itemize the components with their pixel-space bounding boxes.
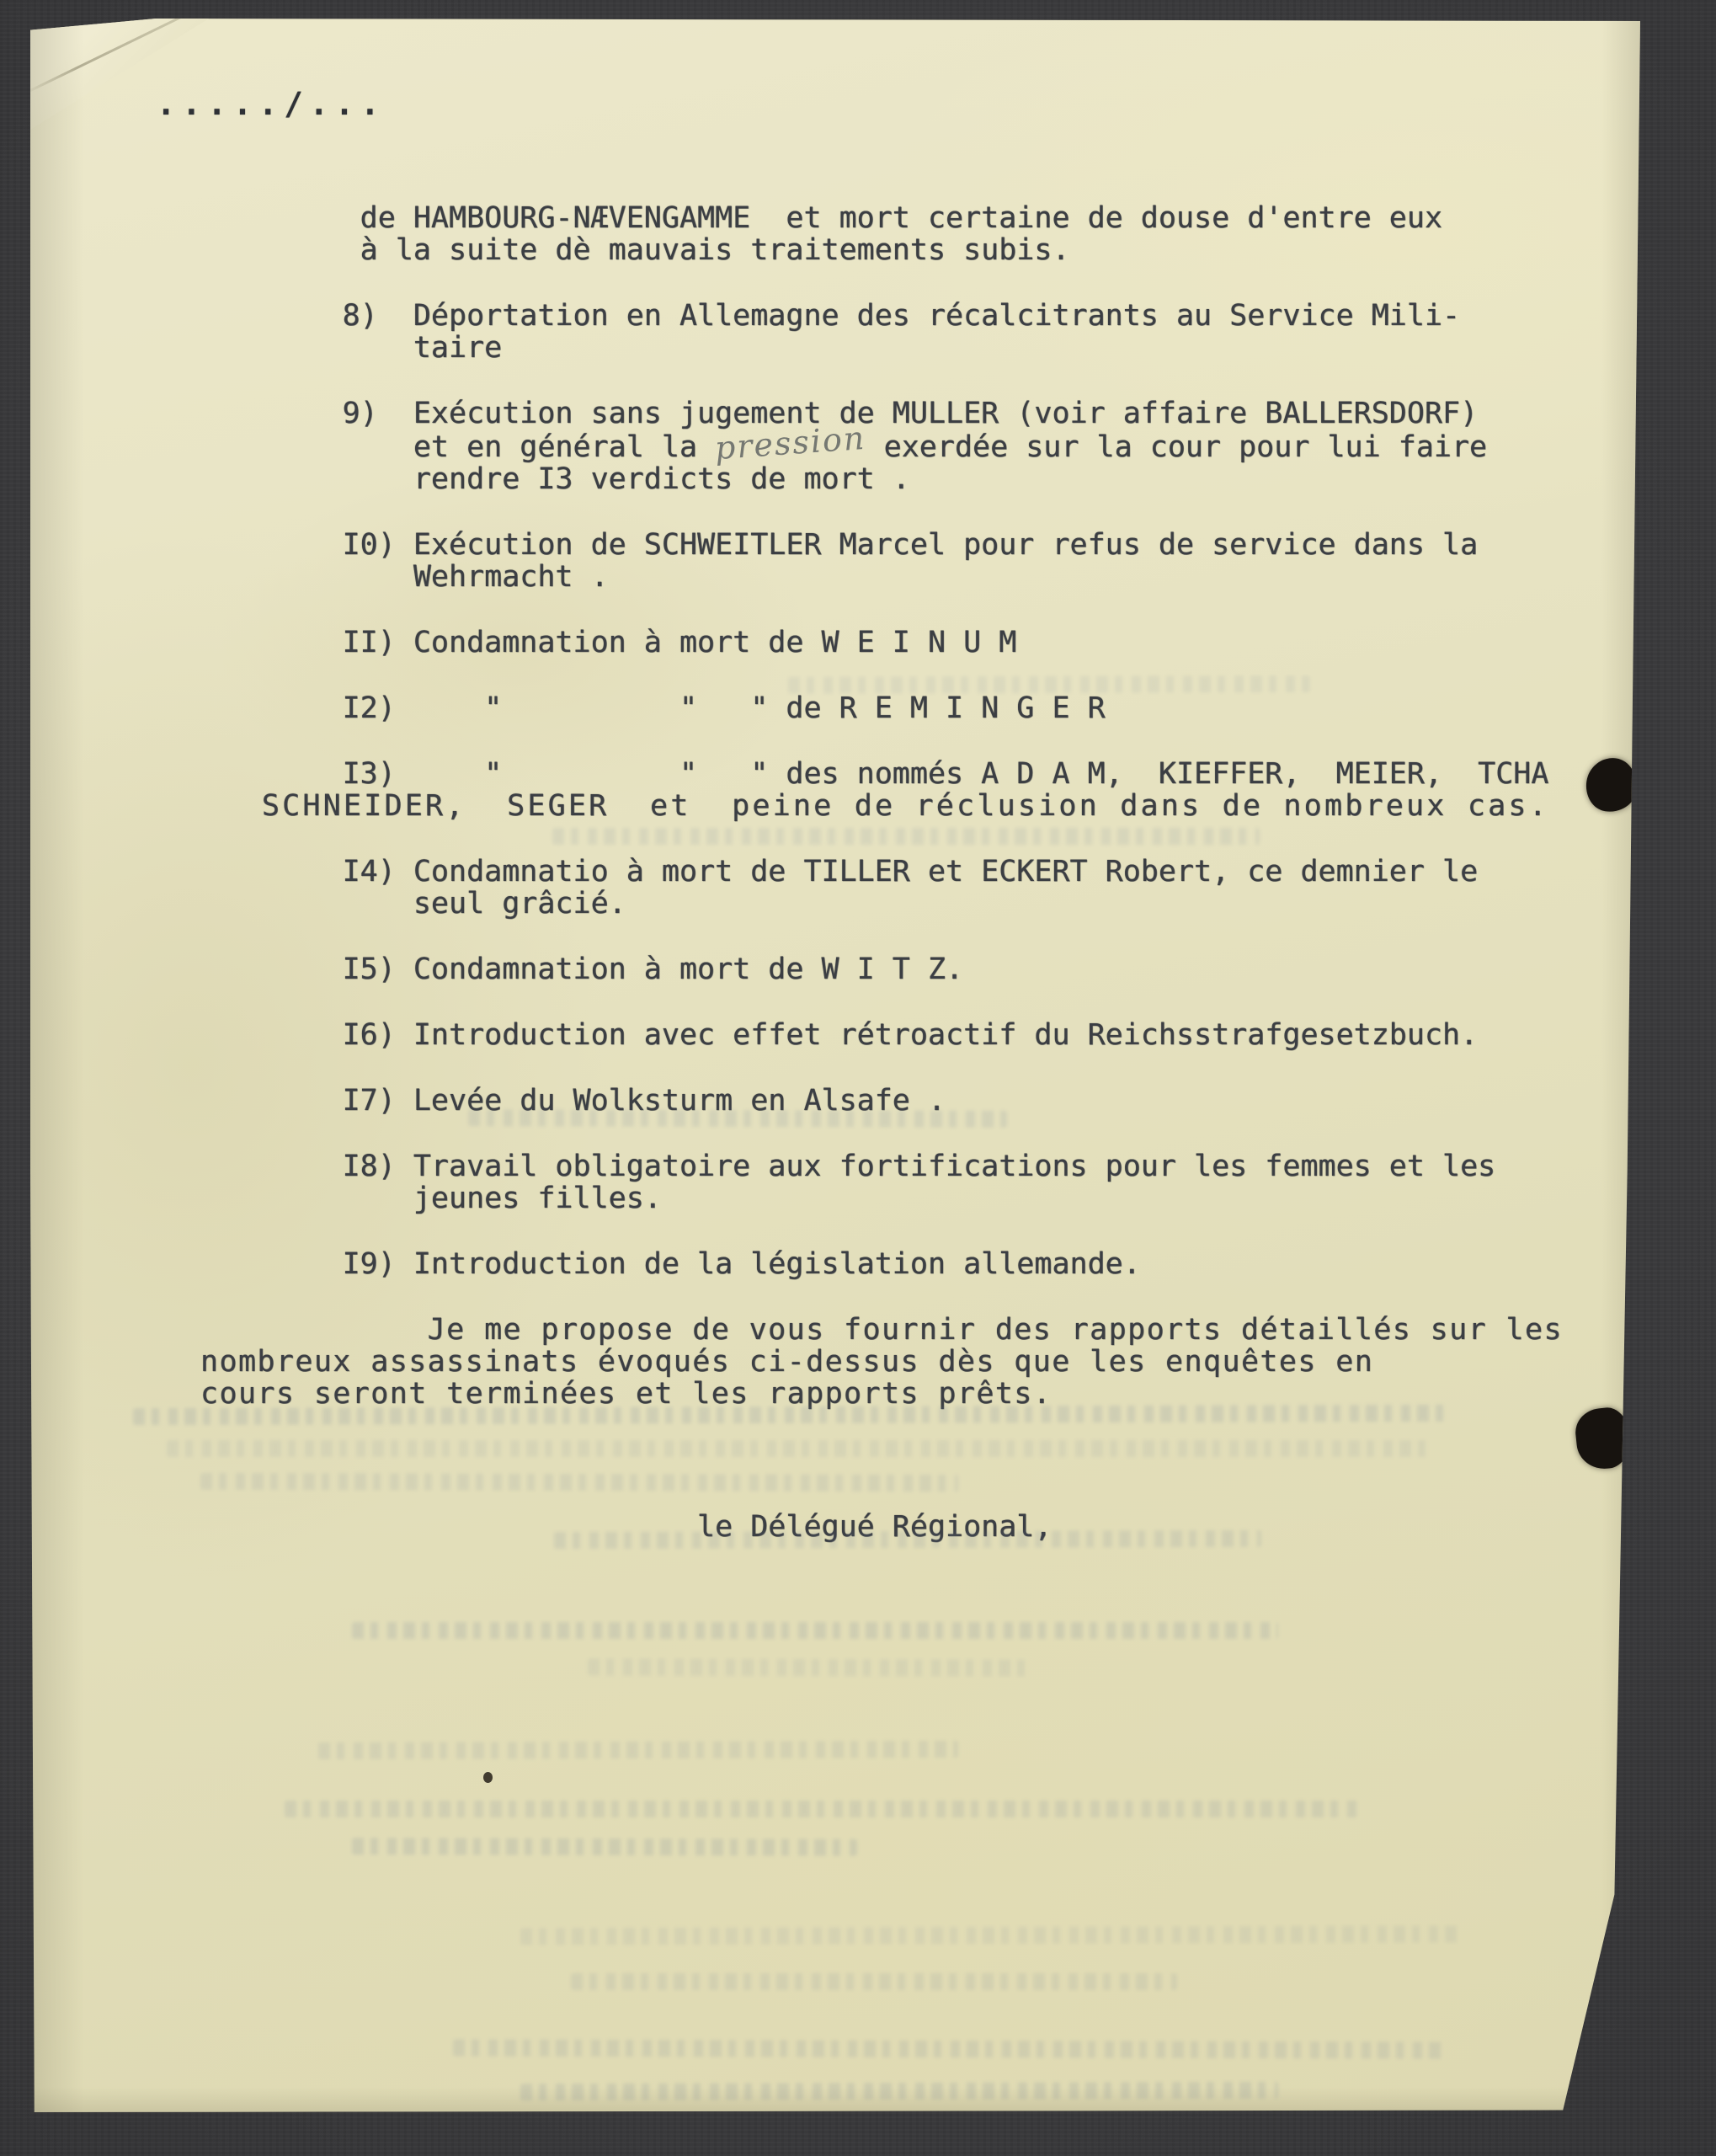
typed-text: II) Condamnation à mort de W E I N U M — [200, 626, 1016, 659]
typed-block: I6) Introduction avec effet rétroactif d… — [200, 1019, 1640, 1051]
typed-line: 9) Exécution sans jugement de MULLER (vo… — [200, 398, 1640, 430]
typed-text: de HAMBOURG-NÆVENGAMME et mort certaine … — [200, 201, 1442, 235]
typed-block: I8) Travail obligatoire aux fortificatio… — [200, 1150, 1640, 1214]
typed-line: I2) " " " de R E M I N G E R — [200, 692, 1640, 724]
typed-text: SCHNEIDER, SEGER et peine de réclusion d… — [200, 789, 1549, 823]
typed-block: Je me propose de vous fournir des rappor… — [200, 1314, 1640, 1410]
typed-line: Wehrmacht . — [200, 561, 1640, 593]
typed-block: I0) Exécution de SCHWEITLER Marcel pour … — [200, 529, 1640, 593]
typed-text: exerdée sur la cour pour lui faire — [866, 430, 1488, 464]
typed-block: 8) Déportation en Allemagne des récalcit… — [200, 300, 1640, 364]
typed-line: de HAMBOURG-NÆVENGAMME et mort certaine … — [200, 202, 1640, 234]
typed-text: I0) Exécution de SCHWEITLER Marcel pour … — [200, 528, 1478, 562]
typed-text: I6) Introduction avec effet rétroactif d… — [200, 1018, 1478, 1052]
typed-line: I8) Travail obligatoire aux fortificatio… — [200, 1150, 1640, 1182]
typed-block: de HAMBOURG-NÆVENGAMME et mort certaine … — [200, 202, 1640, 266]
bleedthrough-text — [520, 2082, 1278, 2100]
typed-text: seul grâcié. — [200, 887, 626, 921]
typed-block: 9) Exécution sans jugement de MULLER (vo… — [200, 398, 1640, 495]
typed-text: rendre I3 verdicts de mort . — [200, 462, 910, 496]
handwritten-word: pression — [714, 422, 867, 464]
document-body: de HAMBOURG-NÆVENGAMME et mort certaine … — [200, 202, 1640, 1577]
bleedthrough-text — [133, 1405, 1447, 1425]
typed-line: taire — [200, 332, 1640, 364]
bleedthrough-text — [554, 1530, 1261, 1549]
bleedthrough-text — [588, 1658, 1026, 1676]
typed-block: I5) Condamnation à mort de W I T Z. — [200, 953, 1640, 985]
typed-line: Je me propose de vous fournir des rappor… — [200, 1314, 1640, 1346]
typed-line: seul grâcié. — [200, 888, 1640, 920]
bleedthrough-text — [318, 1741, 958, 1759]
typed-text: I3) " " " des nommés A D A M, KIEFFER, M… — [200, 757, 1548, 791]
typed-line: II) Condamnation à mort de W E I N U M — [200, 627, 1640, 659]
continuation-mark: ...../... — [157, 86, 386, 122]
typed-text: I8) Travail obligatoire aux fortificatio… — [200, 1150, 1495, 1183]
document-page: ...../... de HAMBOURG-NÆVENGAMME et mort… — [30, 19, 1640, 2112]
typed-text: et en général la — [200, 430, 715, 464]
typed-line: I3) " " " des nommés A D A M, KIEFFER, M… — [200, 758, 1640, 790]
bleedthrough-text — [352, 1838, 857, 1856]
photographed-scan-background: ...../... de HAMBOURG-NÆVENGAMME et mort… — [0, 0, 1716, 2156]
bleedthrough-text — [200, 1473, 958, 1492]
typed-line: I9) Introduction de la législation allem… — [200, 1248, 1640, 1280]
typed-line: SCHNEIDER, SEGER et peine de réclusion d… — [200, 790, 1640, 822]
bleedthrough-text — [552, 828, 1260, 845]
typed-text: I2) " " " de R E M I N G E R — [200, 691, 1106, 725]
bleedthrough-text — [520, 1926, 1463, 1945]
bleedthrough-text — [352, 1622, 1278, 1639]
typed-text: I9) Introduction de la législation allem… — [200, 1247, 1141, 1281]
typed-line: nombreux assassinats évoqués ci-dessus d… — [200, 1346, 1640, 1378]
bleedthrough-text — [468, 1109, 1007, 1128]
typed-line: et en général la pression exerdée sur la… — [200, 430, 1640, 463]
typed-block: I2) " " " de R E M I N G E R — [200, 692, 1640, 724]
typed-line: à la suite dè mauvais traitements subis. — [200, 234, 1640, 266]
typed-text: I4) Condamnatio à mort de TILLER et ECKE… — [200, 855, 1478, 889]
typed-line: jeunes filles. — [200, 1182, 1640, 1214]
bleedthrough-text — [167, 1440, 1430, 1457]
paper-left-edge-shading — [30, 19, 84, 2112]
typed-line: I0) Exécution de SCHWEITLER Marcel pour … — [200, 529, 1640, 561]
typed-line: rendre I3 verdicts de mort . — [200, 463, 1640, 495]
typed-text: Wehrmacht . — [200, 560, 609, 594]
typed-text: 8) Déportation en Allemagne des récalcit… — [200, 299, 1460, 333]
typed-block: I9) Introduction de la législation allem… — [200, 1248, 1640, 1280]
typed-text: I5) Condamnation à mort de W I T Z. — [200, 953, 963, 986]
typed-text: à la suite dè mauvais traitements subis. — [200, 233, 1070, 267]
ink-speck — [483, 1772, 493, 1783]
typed-line: 8) Déportation en Allemagne des récalcit… — [200, 300, 1640, 332]
typed-line: I4) Condamnatio à mort de TILLER et ECKE… — [200, 856, 1640, 888]
typed-text: Je me propose de vous fournir des rappor… — [200, 1313, 1563, 1347]
typed-block: II) Condamnation à mort de W E I N U M — [200, 627, 1640, 659]
typed-block: I3) " " " des nommés A D A M, KIEFFER, M… — [200, 758, 1640, 822]
typed-text: nombreux assassinats évoqués ci-dessus d… — [200, 1345, 1373, 1379]
typed-line: I6) Introduction avec effet rétroactif d… — [200, 1019, 1640, 1051]
bleedthrough-text — [453, 2039, 1447, 2058]
typed-line: I5) Condamnation à mort de W I T Z. — [200, 953, 1640, 985]
typed-text: taire — [200, 331, 502, 365]
typed-block: I4) Condamnatio à mort de TILLER et ECKE… — [200, 856, 1640, 920]
bleedthrough-text — [571, 1973, 1177, 1990]
pen-tick-mark — [1644, 1414, 1663, 1442]
bleedthrough-text — [788, 675, 1310, 694]
bleedthrough-text — [285, 1801, 1362, 1817]
typed-text: jeunes filles. — [200, 1182, 662, 1215]
